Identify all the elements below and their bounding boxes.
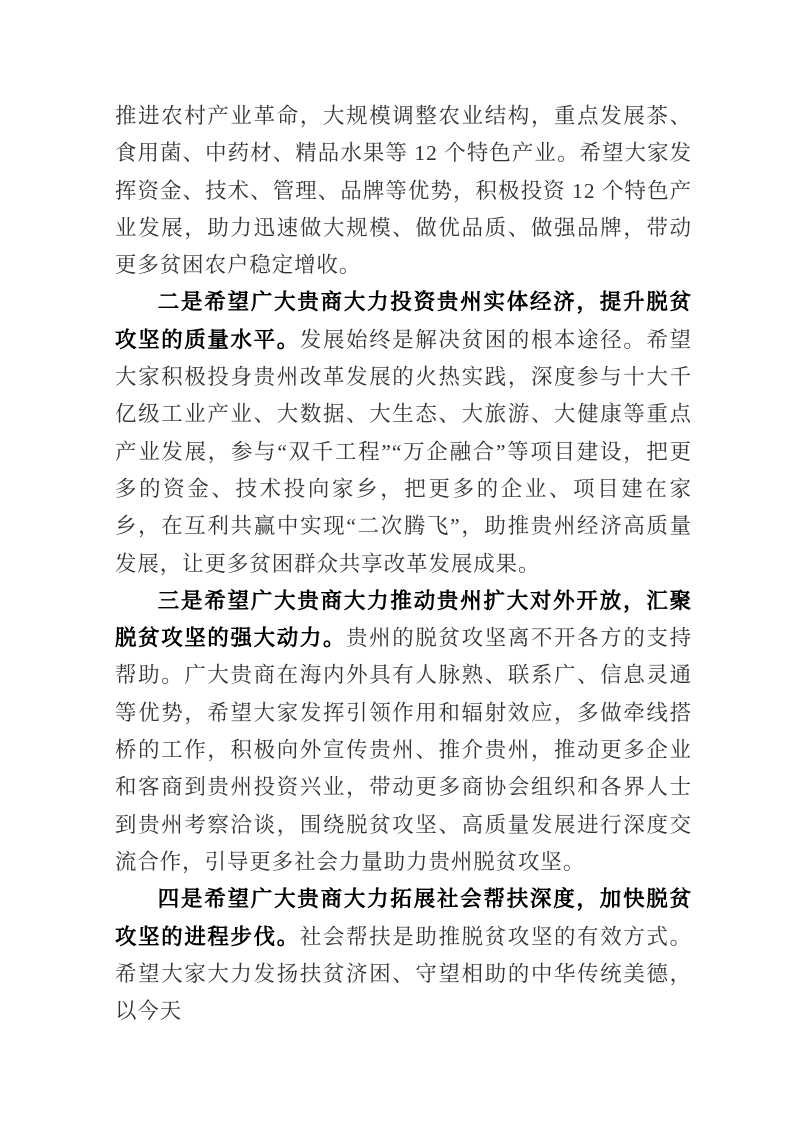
paragraph-text: 发展始终是解决贫困的根本途径。希望大家积极投身贵州改革发展的火热实践，深度参与十… (115, 328, 692, 576)
paragraph-text: 推进农村产业革命，大规模调整农业结构，重点发展茶、食用菌、中药材、精品水果等 1… (115, 104, 692, 277)
paragraph: 三是希望广大贵商大力推动贵州扩大对外开放，汇聚脱贫攻坚的强大动力。贵州的脱贫攻坚… (115, 583, 692, 881)
document-page: 推进农村产业革命，大规模调整农业结构，重点发展茶、食用菌、中药材、精品水果等 1… (0, 0, 793, 1122)
document-body: 推进农村产业革命，大规模调整农业结构，重点发展茶、食用菌、中药材、精品水果等 1… (115, 98, 692, 1030)
paragraph: 二是希望广大贵商大力投资贵州实体经济，提升脱贫攻坚的质量水平。发展始终是解决贫困… (115, 284, 692, 582)
paragraph: 推进农村产业革命，大规模调整农业结构，重点发展茶、食用菌、中药材、精品水果等 1… (115, 98, 692, 284)
paragraph: 四是希望广大贵商大力拓展社会帮扶深度，加快脱贫攻坚的进程步伐。社会帮扶是助推脱贫… (115, 881, 692, 1030)
paragraph-text: 贵州的脱贫攻坚离不开各方的支持帮助。广大贵商在海内外具有人脉熟、联系广、信息灵通… (115, 626, 692, 874)
